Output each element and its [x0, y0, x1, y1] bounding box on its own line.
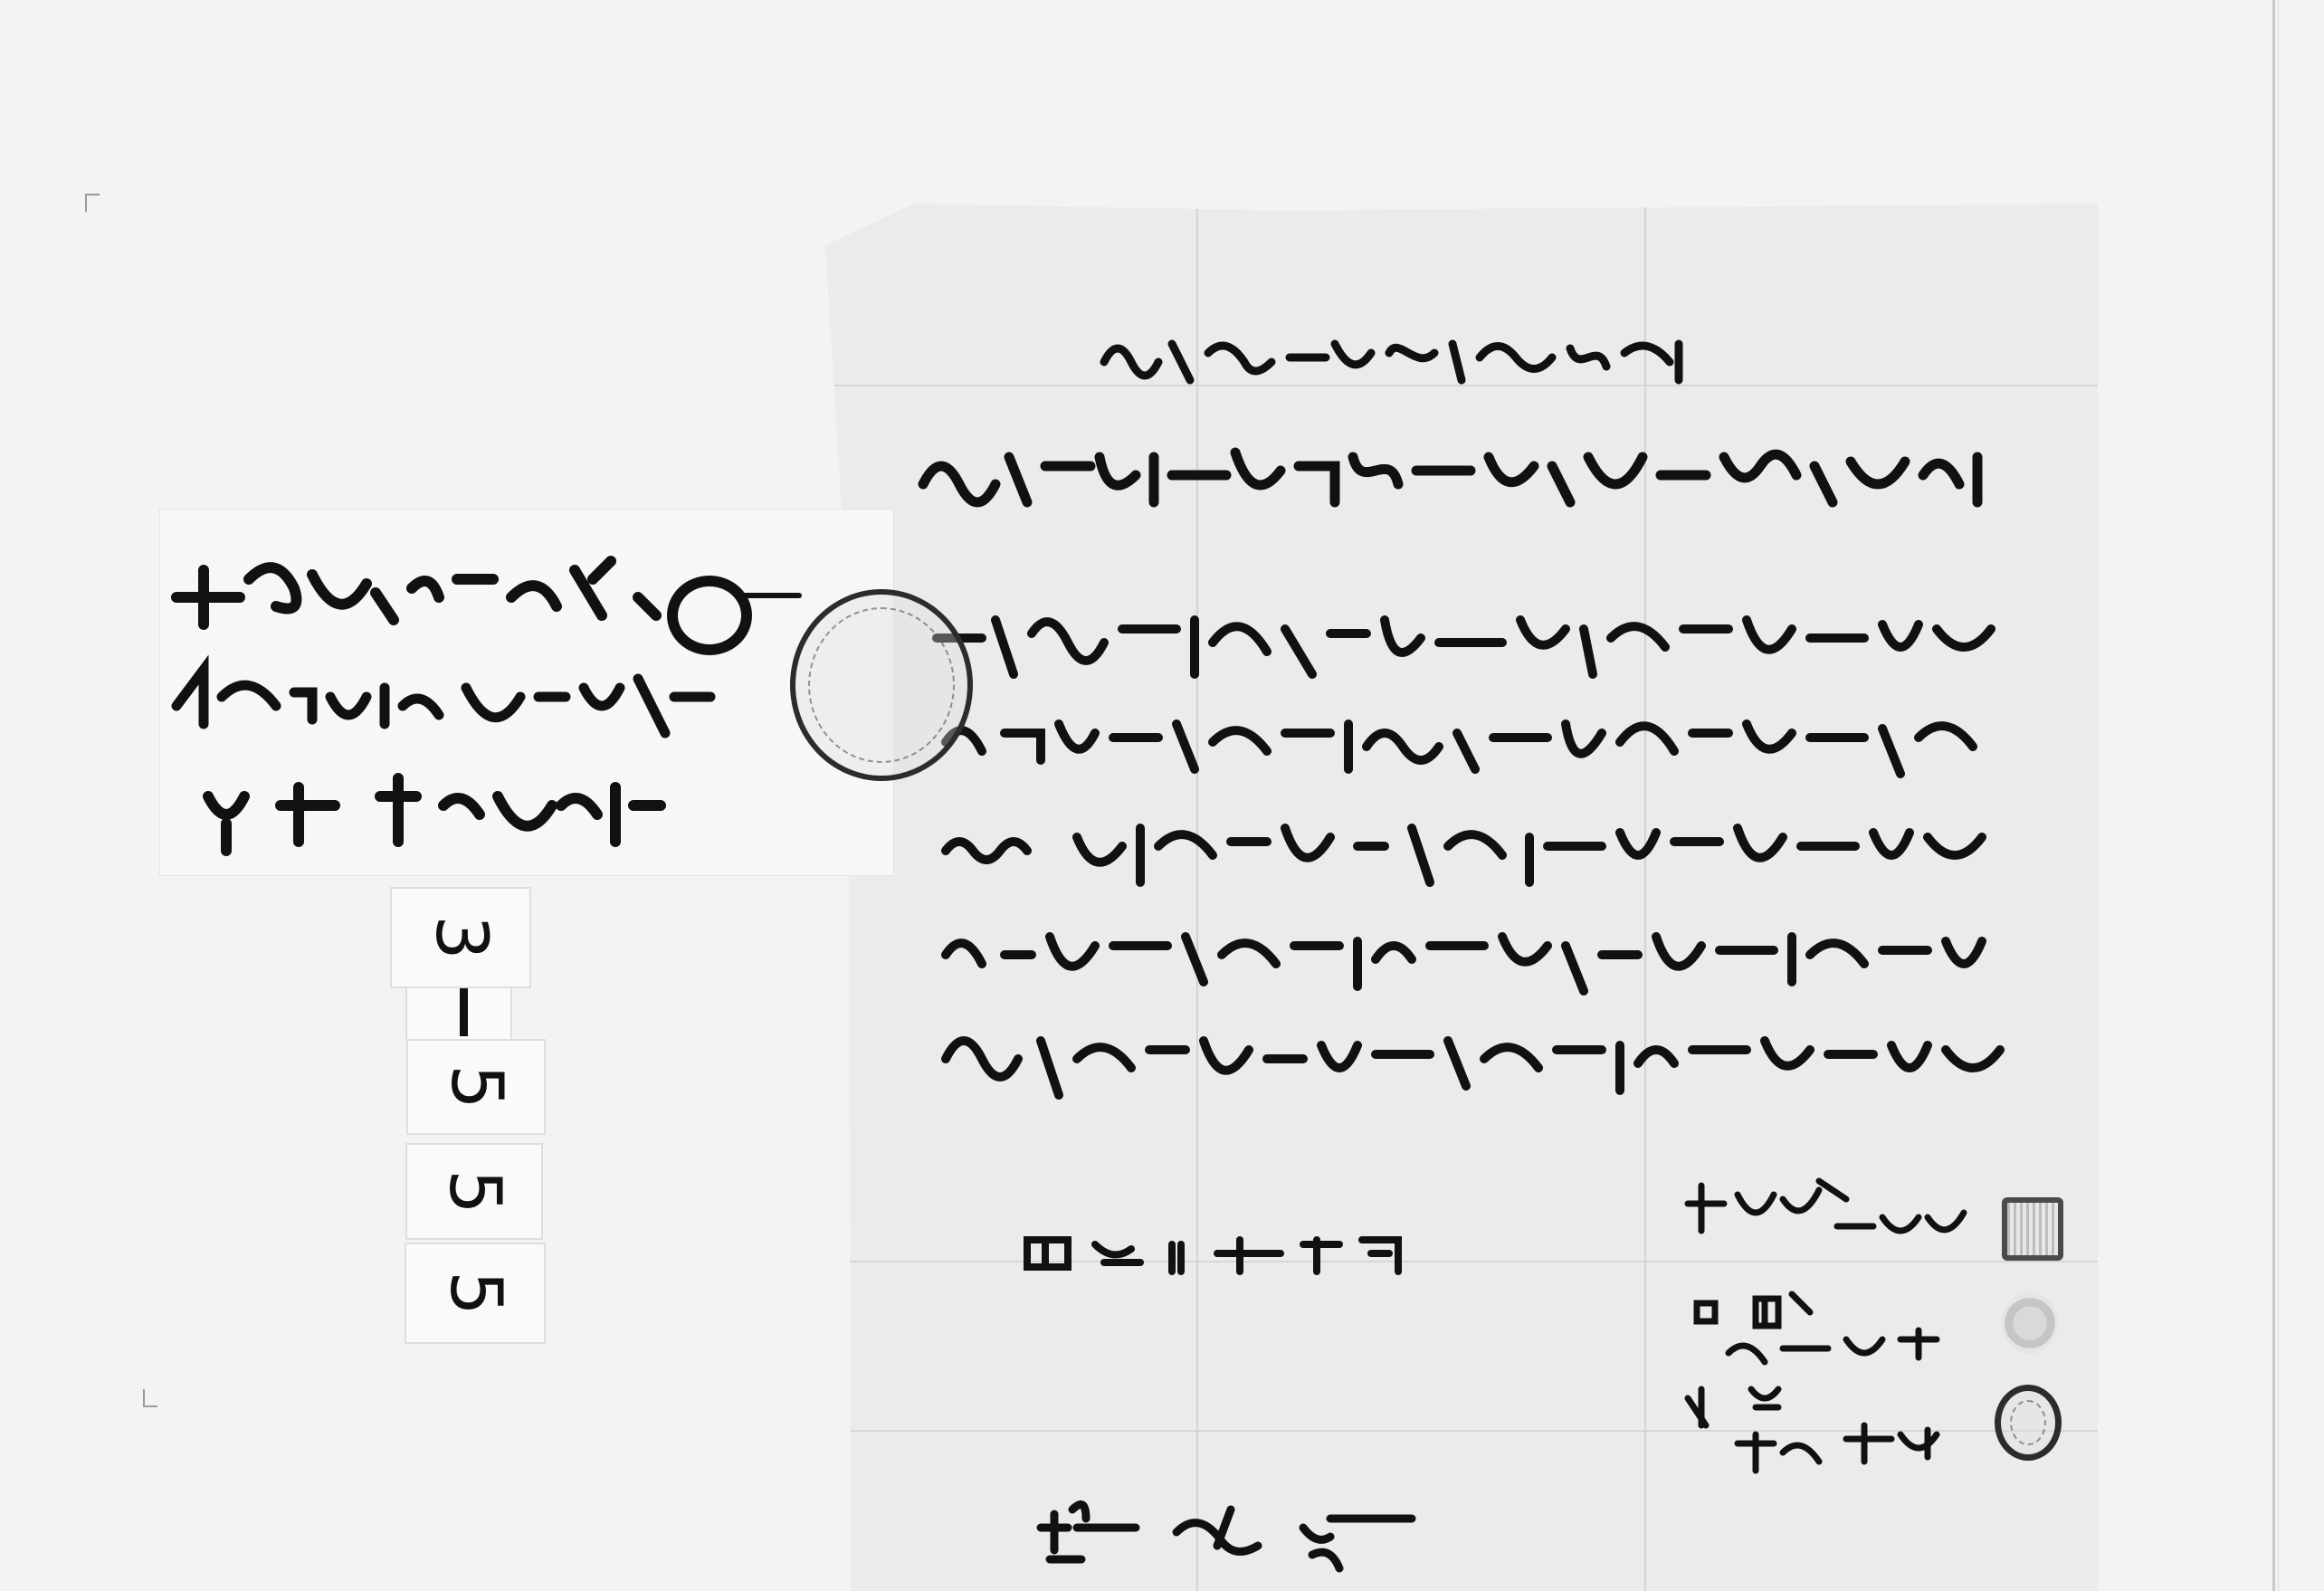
- letter-body-line-5: [941, 910, 2018, 1009]
- signatory-1: cursive name 1: [1683, 1167, 1982, 1267]
- envelope-line-3: [199, 760, 688, 860]
- letter-body-line-4: [941, 801, 2009, 900]
- signatory-3: cursive name 3: [1683, 1371, 1982, 1480]
- letter-addressee: 御役所: [1032, 1491, 1376, 1573]
- catalog-label-digit-3: 3: [390, 887, 531, 988]
- envelope-tail-stroke: [738, 593, 802, 598]
- signatory-3-seal: [1995, 1385, 2062, 1461]
- letter-body-line-1: [919, 430, 2032, 520]
- scanner-edge-line-2: [2278, 0, 2279, 1591]
- letter-body-line-3: [941, 697, 2018, 787]
- letter-body-line-2: [932, 593, 2018, 692]
- letter-date: 明治二年七月: [1023, 1226, 1403, 1281]
- catalog-label-digit-5c: 5: [406, 1039, 546, 1135]
- catalog-label-digit-5b: 5: [405, 1143, 543, 1240]
- signatory-2-seal: [2002, 1292, 2058, 1354]
- scanner-edge-line: [2272, 0, 2275, 1591]
- letter-opening-line: cursive line (illegible): [1100, 326, 1715, 389]
- signatory-1-seal: [2002, 1197, 2063, 1261]
- envelope-seal: [790, 589, 973, 781]
- envelope-line-1: [167, 543, 674, 643]
- envelope-circle-mark: [667, 576, 752, 655]
- catalog-label-digit-5a: 5: [405, 1243, 546, 1344]
- envelope-line-2: [167, 652, 729, 751]
- letter-body-line-6: [941, 1014, 2018, 1113]
- signatory-2: cursive name 2: [1692, 1285, 1991, 1385]
- catalog-label-dash: [405, 980, 512, 1041]
- corner-mark-bottom: [143, 1389, 157, 1407]
- catalog-label-text: 555-3: [0, 0, 1, 1]
- corner-mark-top: [85, 194, 100, 212]
- catalog-label-dash-mark: [460, 982, 468, 1036]
